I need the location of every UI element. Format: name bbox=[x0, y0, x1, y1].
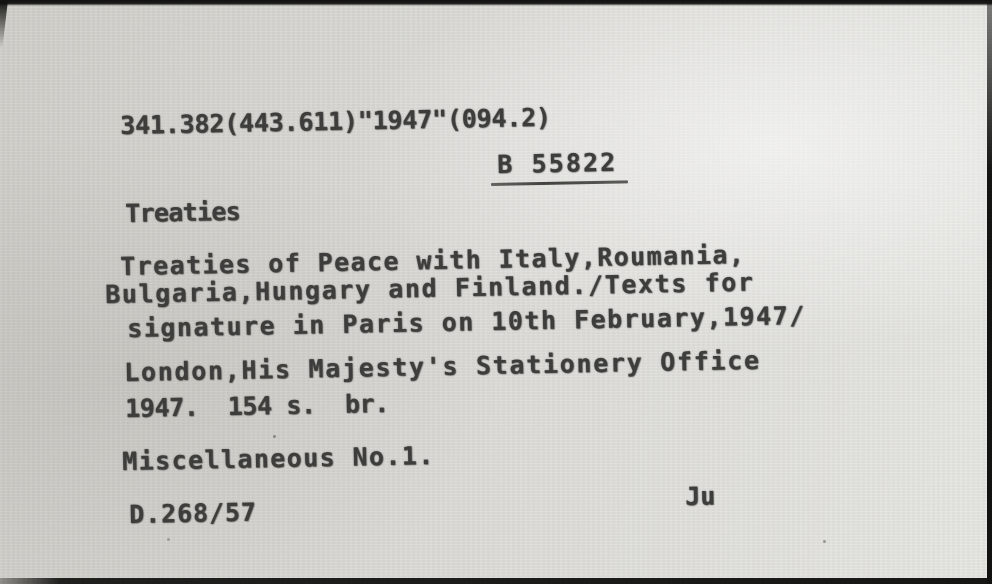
scan-edge-corner-top-left bbox=[0, 0, 8, 48]
accession-number: B 55822 bbox=[497, 150, 618, 177]
catalog-card: 341.382(443.611)"1947"(094.2) B 55822 Tr… bbox=[0, 0, 992, 584]
accession-underline bbox=[491, 180, 628, 186]
imprint-publisher: London,His Majesty's Stationery Office bbox=[124, 348, 761, 385]
reference-number: D.268/57 bbox=[129, 500, 257, 527]
imprint-year-pages: 1947. 154 s. br. bbox=[125, 391, 389, 421]
series-note: Miscellaneous No.1. bbox=[122, 443, 435, 474]
scan-edge-bottom bbox=[0, 578, 992, 584]
title-line-3: signature in Paris on 10th February,1947… bbox=[127, 303, 806, 341]
classification-number: 341.382(443.611)"1947"(094.2) bbox=[120, 105, 551, 138]
annotation-initials: Ju bbox=[685, 483, 716, 509]
paper-speck bbox=[273, 435, 276, 438]
subject-heading: Treaties bbox=[125, 199, 240, 226]
scan-edge-top bbox=[0, 0, 992, 6]
scan-edge-right bbox=[987, 0, 992, 584]
